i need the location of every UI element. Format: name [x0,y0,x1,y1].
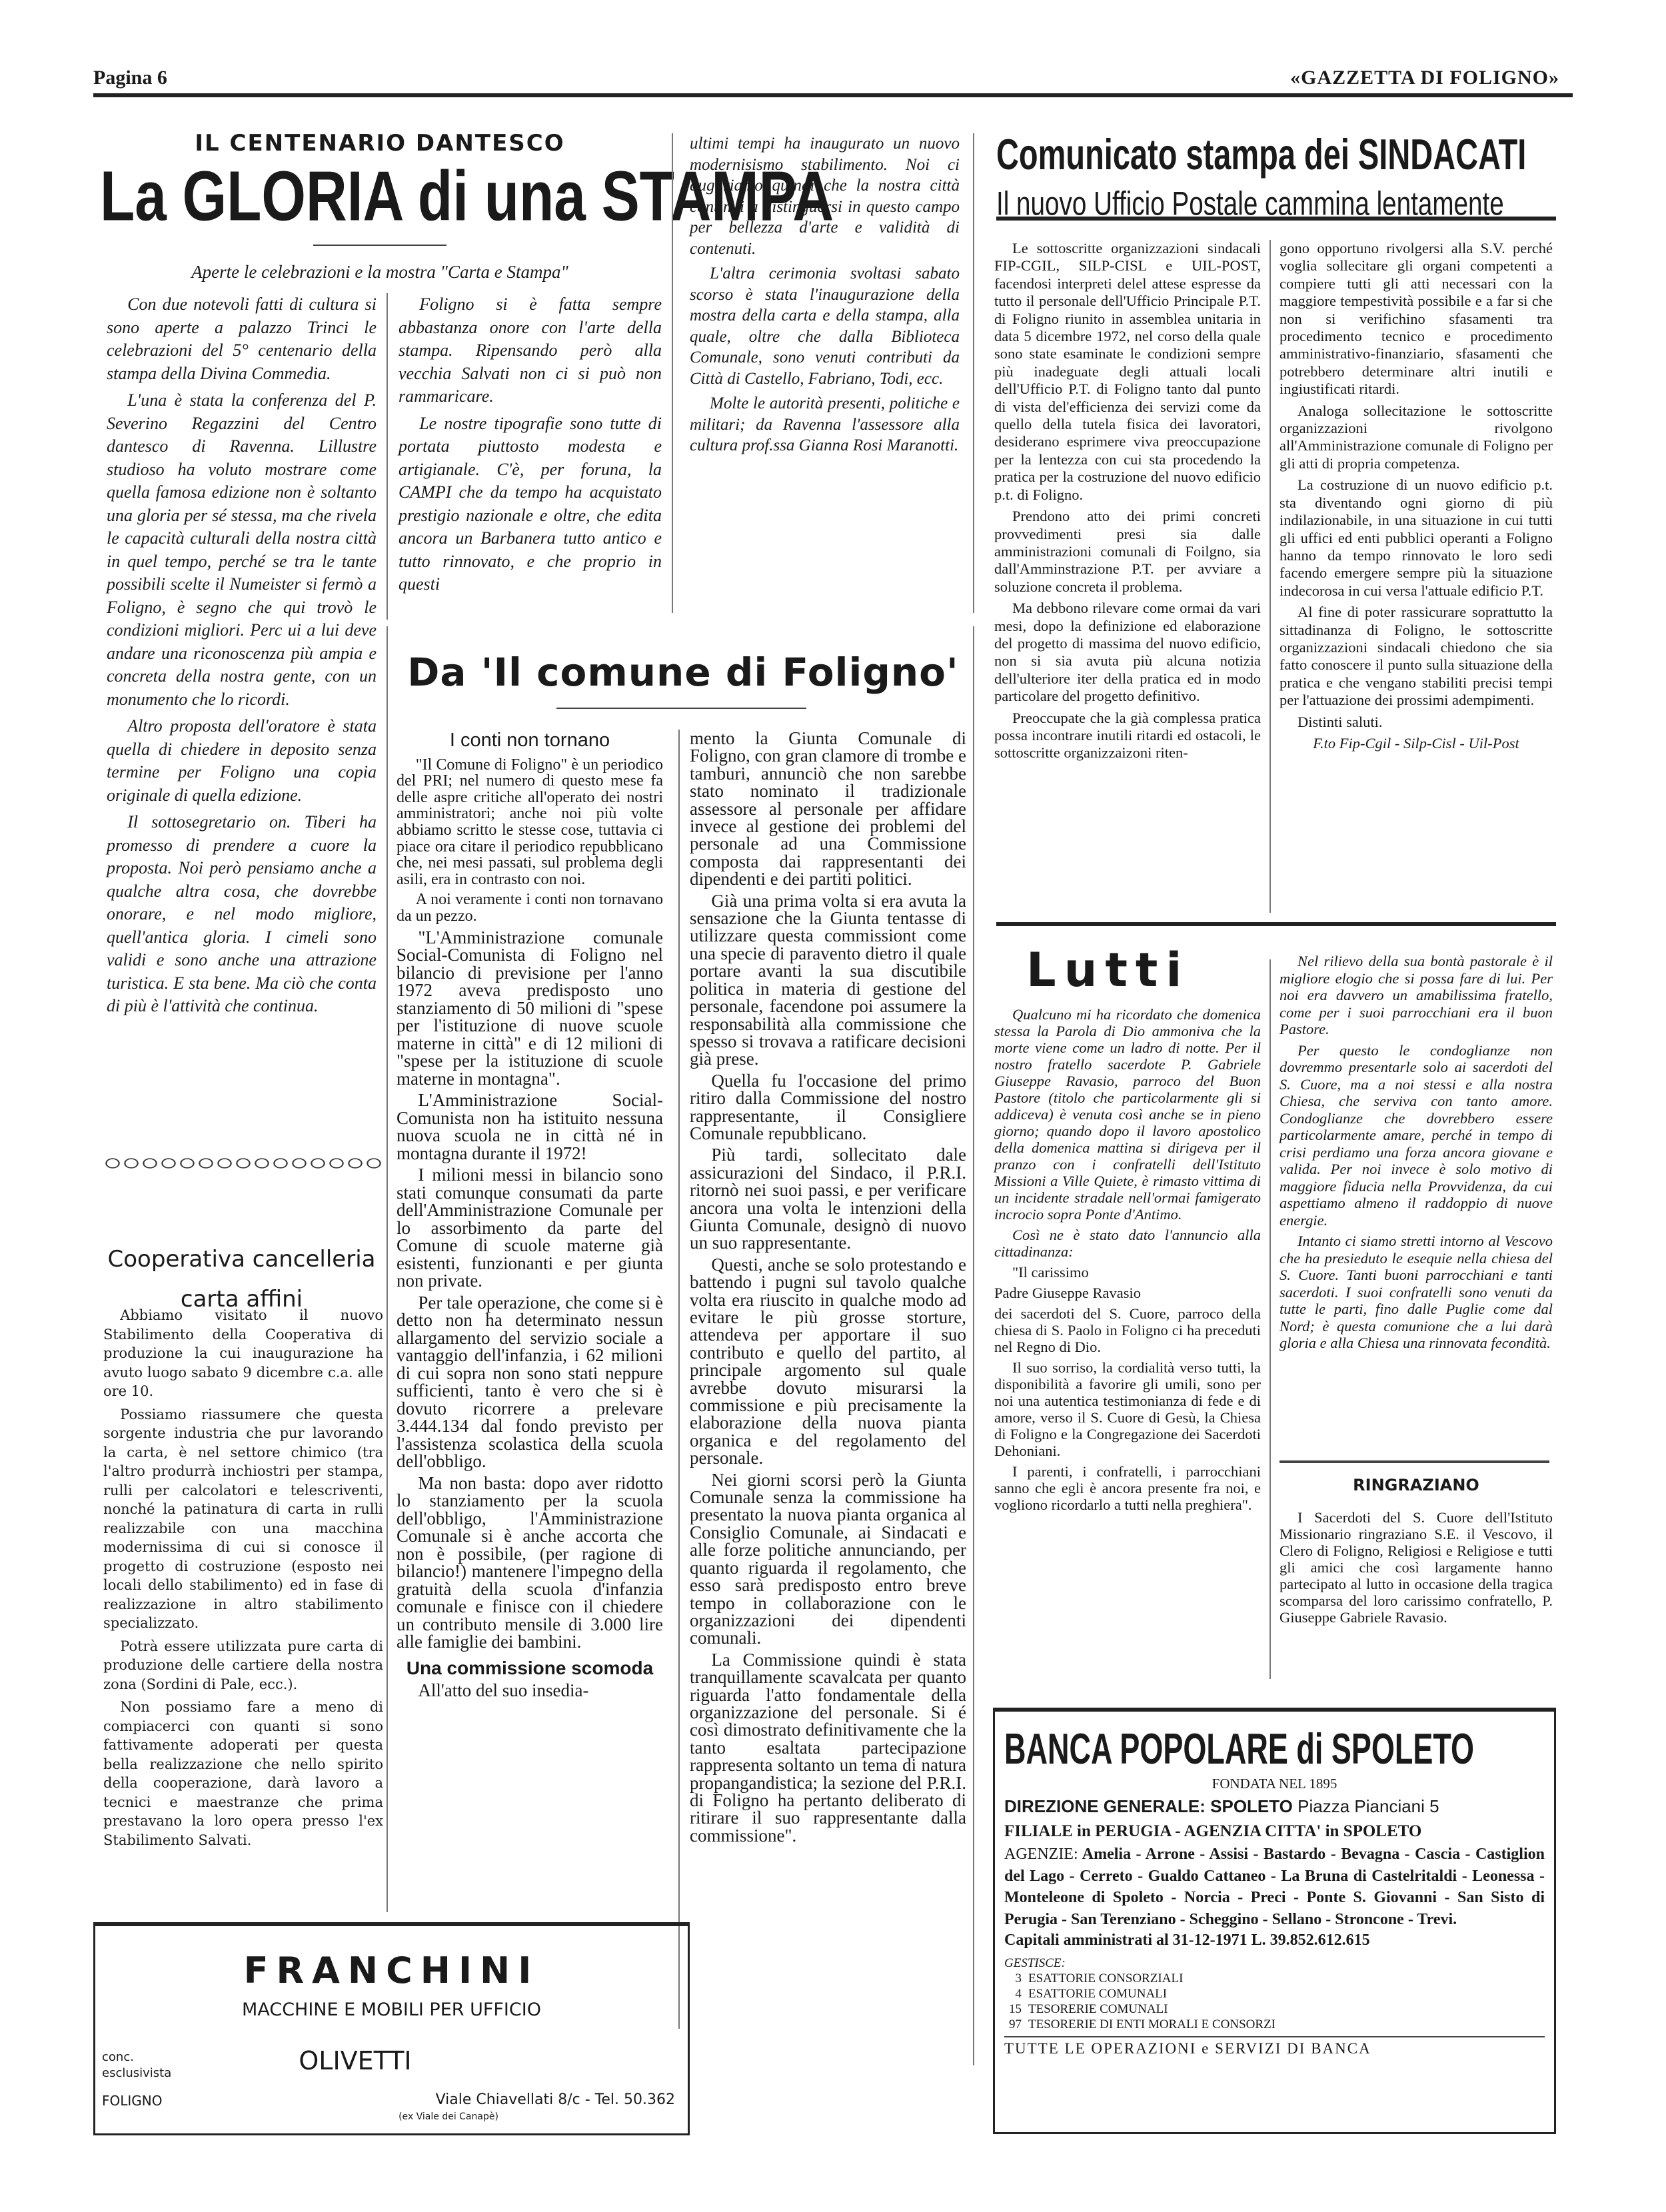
sindacati-column-2: gono opportuno rivolgersi alla S.V. perc… [1279,240,1553,756]
column-divider [387,293,388,620]
header-rule [93,93,1573,97]
gestisce-label: GESTISCE: [1004,1956,1545,1971]
comune-headline: Da 'Il comune di Foligno' [393,650,973,695]
section-title: I conti non tornano [397,732,663,749]
ad-tagline: MACCHINE E MOBILI PER UFFICIO [95,1999,688,2020]
sindacati-headline: Comunicato stampa dei SINDACATI [996,130,1483,179]
paragraph: Foligno si è fatta sempre abbastanza ono… [399,293,662,408]
paragraph: Nei giorni scorsi però la Giunta Comunal… [690,1471,966,1647]
announcement-line: Padre Giuseppe Ravasio [994,1285,1261,1301]
headline-underline [556,708,806,709]
paragraph: I Sacerdoti del S. Cuore dell'Istituto M… [1279,1509,1553,1626]
bank-footer: TUTTE LE OPERAZIONI e SERVIZI DI BANCA [1004,2040,1545,2057]
column-divider [672,133,673,613]
gestisce-count: 15 [1004,2001,1022,2017]
ad-address-note: (ex Viale dei Canapè) [362,2111,535,2122]
paragraph: Le sottoscritte organizzazioni sindacali… [994,240,1261,504]
bank-founded: FONDATA NEL 1895 [1004,1776,1545,1792]
newspaper-name: «GAZZETTA DI FOLIGNO» [1290,67,1559,89]
gestisce-label-text: TESORERIE COMUNALI [1028,2002,1168,2016]
announcement-line: "Il carissimo [994,1264,1261,1281]
esclusivista-label: esclusivista [102,2065,171,2081]
agenzie-list: Amelia - Arrone - Assisi - Bastardo - Be… [1004,1846,1545,1928]
gestisce-item: 15TESORERIE COMUNALI [1004,2001,1545,2017]
bank-capitali: Capitali amministrati al 31-12-1971 L. 3… [1004,1932,1545,1949]
paragraph: Preoccupate che la già complessa pratica… [994,710,1261,762]
gestisce-label-text: TESORERIE DI ENTI MORALI E CONSORZI [1028,2017,1275,2031]
conc-label: conc. [102,2049,171,2065]
paragraph: Distinti saluti. [1279,714,1553,731]
bank-agenzie: AGENZIE: Amelia - Arrone - Assisi - Bast… [1004,1844,1545,1930]
ringraziano-body: I Sacerdoti del S. Cuore dell'Istituto M… [1279,1509,1553,1630]
paragraph: Per questo le condoglianze non dovremmo … [1279,1042,1553,1229]
paragraph: Potrà essere utilizzata pure carta di pr… [103,1637,383,1694]
paragraph: mento la Giunta Comunale di Foligno, con… [690,730,966,888]
paragraph: Così ne è stato dato l'annuncio alla cit… [994,1227,1261,1260]
direzione-label: DIREZIONE GENERALE: SPOLETO [1004,1796,1293,1816]
gestisce-count: 3 [1004,1971,1022,1986]
lutti-column-2: Nel rilievo della sua bontà pastorale è … [1279,953,1553,1356]
ad-banca: BANCA POPOLARE di SPOLETO FONDATA NEL 18… [993,1708,1556,2134]
gestisce-label-text: ESATTORIE COMUNALI [1028,1987,1167,2001]
dante-column-1: Con due notevoli fatti di cultura si son… [107,293,377,1022]
paragraph: A noi veramente i conti non tornavano da… [397,891,663,924]
ad-address: Viale Chiavellati 8/c - Tel. 50.362 [315,2091,675,2108]
column-divider [1269,240,1271,913]
column-divider [387,626,388,1912]
comune-column-2: mento la Giunta Comunale di Foligno, con… [690,730,966,1848]
paragraph: Ma non basta: dopo aver ridotto lo stanz… [397,1474,663,1651]
sindacati-column-1: Le sottoscritte organizzazioni sindacali… [994,240,1261,766]
page-header: Pagina 6 «GAZZETTA DI FOLIGNO» [93,67,1559,107]
paragraph: Intanto ci siamo stretti intorno al Vesc… [1279,1233,1553,1352]
bank-filiale: FILIALE in PERUGIA - AGENZIA CITTA' in S… [1004,1822,1545,1841]
paragraph: Non possiamo fare a meno di compiacerci … [103,1698,383,1850]
ad-city: FOLIGNO [102,2093,163,2109]
section-title: Una commissione scomoda [397,1660,663,1677]
sindacati-rule [996,217,1556,221]
paragraph: Al fine di poter rassicurare soprattutto… [1279,604,1553,709]
comune-column-1: I conti non tornano "Il Comune di Folign… [397,730,663,1704]
agenzie-label: AGENZIE: [1004,1846,1078,1863]
wavy-divider [103,1156,383,1171]
paragraph: Qualcuno mi ha ricordato che domenica st… [994,1006,1261,1223]
paragraph: Già una prima volta si era avuta la sens… [690,892,966,1068]
paragraph: L'Amministrazione Social-Comunista non h… [397,1091,663,1162]
paragraph: gono opportuno rivolgersi alla S.V. perc… [1279,240,1553,398]
gestisce-item: 4ESATTORIE COMUNALI [1004,1986,1545,2001]
gestisce-count: 97 [1004,2017,1022,2032]
gestisce-list: 3ESATTORIE CONSORZIALI 4ESATTORIE COMUNA… [1004,1971,1545,2032]
direzione-address: Piazza Pianciani 5 [1297,1796,1439,1816]
paragraph: Questi, anche se solo protestando e batt… [690,1256,966,1467]
paragraph: La costruzione di un nuovo edificio p.t.… [1279,476,1553,600]
paragraph: "L'Amministrazione comunale Social-Comun… [397,929,663,1088]
paragraph: Quella fu l'occasione del primo ritiro d… [690,1072,966,1143]
signature: F.to Fip-Cgil - Silp-Cisl - Uil-Post [1279,735,1553,752]
bank-direzione: DIREZIONE GENERALE: SPOLETO Piazza Pianc… [1004,1796,1545,1817]
paragraph: Molte le autorità presenti, politiche e … [690,393,960,456]
gestisce-count: 4 [1004,1986,1022,2001]
column-divider [678,730,680,2029]
ad-franchini: FRANCHINI MACCHINE E MOBILI PER UFFICIO … [93,1922,690,2135]
paragraph: I parenti, i confratelli, i parrocchiani… [994,1463,1261,1513]
gestisce-label-text: ESATTORIE CONSORZIALI [1028,1971,1183,1985]
announcement-line: dei sacerdoti del S. Cuore, parroco dell… [994,1305,1261,1355]
column-divider [973,626,974,2065]
paragraph: Le nostre tipografie sono tutte di porta… [399,412,662,596]
paragraph: Possiamo riassumere che questa sorgente … [103,1405,383,1633]
dante-column-3: ultimi tempi ha inaugurato un nuovo mode… [690,133,960,460]
bank-name: BANCA POPOLARE di SPOLETO [1004,1724,1491,1774]
paragraph: Altro proposta dell'oratore è stata quel… [107,715,377,807]
gestisce-item: 97TESORERIE DI ENTI MORALI E CONSORZI [1004,2017,1545,2032]
coop-body: Abbiamo visitato il nuovo Stabilimento d… [103,1306,383,1854]
lutti-column-1: Qualcuno mi ha ricordato che domenica st… [994,1006,1261,1517]
paragraph: All'atto del suo insedia- [397,1682,663,1700]
paragraph: Per tale operazione, che come si è detto… [397,1294,663,1470]
article-kicker: IL CENTENARIO DANTESCO [100,130,660,157]
paragraph: Nel rilievo della sua bontà pastorale è … [1279,953,1553,1038]
dante-column-2: Foligno si è fatta sempre abbastanza ono… [399,293,662,600]
ad-conc-label: conc. esclusivista [102,2049,171,2081]
paragraph: Il suo sorriso, la cordialità verso tutt… [994,1359,1261,1459]
paragraph: I milioni messi in bilancio sono stati c… [397,1166,663,1290]
gestisce-item: 3ESATTORIE CONSORZIALI [1004,1971,1545,1986]
column-divider [973,133,974,613]
paragraph: ultimi tempi ha inaugurato un nuovo mode… [690,133,960,259]
paragraph: La Commissione quindi è stata tranquilla… [690,1651,966,1844]
paragraph: "Il Comune di Foligno" è un periodico de… [397,757,663,888]
paragraph: Analoga sollecitazione le sottoscritte o… [1279,402,1553,473]
article-subtitle: Aperte le celebrazioni e la mostra "Cart… [100,262,660,282]
article-dante: IL CENTENARIO DANTESCO La GLORIA di una … [100,130,660,282]
paragraph: Abbiamo visitato il nuovo Stabilimento d… [103,1306,383,1401]
paragraph: Il sottosegretario on. Tiberi ha promess… [107,811,377,1018]
ringraziano-headline: RINGRAZIANO [1279,1476,1553,1494]
ad-brand: FRANCHINI [95,1949,688,1991]
paragraph: Ma debbono rilevare come ormai da vari m… [994,600,1261,705]
paragraph: L'altra cerimonia svoltasi sabato scorso… [690,263,960,389]
paragraph: Con due notevoli fatti di cultura si son… [107,293,377,385]
paragraph: Più tardi, sollecitato dale assicurazion… [690,1146,966,1251]
paragraph: Prendono atto dei primi concreti provved… [994,508,1261,596]
ringraziano-rule [1279,1460,1549,1463]
paragraph: L'una è stata la conferenza del P. Sever… [107,389,377,711]
column-divider [1269,959,1271,1679]
coop-headline-line1: Cooperativa cancelleria [100,1239,383,1279]
lutti-headline: Lutti [1026,943,1190,997]
page-number: Pagina 6 [93,67,167,89]
ad-partner: OLIVETTI [215,2046,495,2075]
sindacati-header: Comunicato stampa dei SINDACATI Il nuovo… [996,130,1556,217]
lutti-rule [996,922,1556,926]
